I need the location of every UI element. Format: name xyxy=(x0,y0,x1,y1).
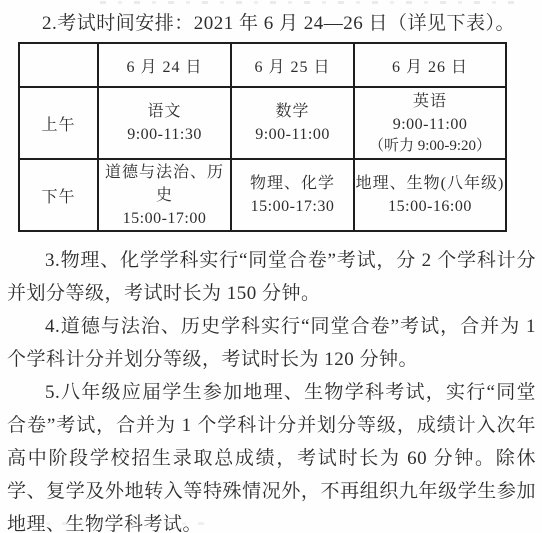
subject-time: 15:00-16:00 xyxy=(355,195,505,218)
note-paragraph-3: 3.物理、化学学科实行“同堂合卷”考试，分 2 个学科计分并划分等级，考试时长为… xyxy=(7,244,536,310)
col-header-jun-26: 6 月 26 日 xyxy=(354,43,506,87)
scan-artifact-top xyxy=(100,1,520,4)
subject-name: 英语 xyxy=(355,90,505,113)
table-header-row: 6 月 24 日 6 月 25 日 6 月 26 日 xyxy=(19,43,506,87)
subject-time: 9:00-11:00 xyxy=(232,123,353,146)
table-row-morning: 上午 语文 9:00-11:30 数学 9:00-11:00 英语 9:00-1… xyxy=(19,87,506,159)
row-label-afternoon: 下午 xyxy=(19,159,98,231)
note-paragraph-5: 5.八年级应届学生参加地理、生物学科考试，实行“同堂合卷”考试，合并为 1 个学… xyxy=(7,376,536,533)
subject-time: 15:00-17:30 xyxy=(232,195,353,218)
note-paragraph-4: 4.道德与法治、历史学科实行“同堂合卷”考试，合并为 1 个学科计分并划分等级，… xyxy=(7,310,536,376)
exam-schedule-table: 6 月 24 日 6 月 25 日 6 月 26 日 上午 语文 9:00-11… xyxy=(18,42,507,232)
document-page: 2.考试时间安排：2021 年 6 月 24—26 日（详见下表）。 6 月 2… xyxy=(0,0,542,533)
subject-time: 9:00-11:30 xyxy=(99,123,230,146)
subject-time: 9:00-11:00 xyxy=(355,113,505,136)
subject-time: 15:00-17:00 xyxy=(99,207,230,230)
cell-morning-jun-25: 数学 9:00-11:00 xyxy=(231,87,354,159)
notes-section: 3.物理、化学学科实行“同堂合卷”考试，分 2 个学科计分并划分等级，考试时长为… xyxy=(7,244,536,533)
cell-morning-jun-26: 英语 9:00-11:00 （听力 9:00-9:20） xyxy=(354,87,506,159)
subject-name: 道德与法治、历史 xyxy=(99,161,230,207)
table-corner-cell xyxy=(19,43,98,87)
subject-name: 语文 xyxy=(99,100,230,123)
section-heading: 2.考试时间安排：2021 年 6 月 24—26 日（详见下表）。 xyxy=(0,0,542,35)
scan-artifact-bottom xyxy=(28,522,208,525)
row-label-morning: 上午 xyxy=(19,87,98,159)
subject-name: 物理、化学 xyxy=(232,172,353,195)
col-header-jun-25: 6 月 25 日 xyxy=(231,43,354,87)
cell-afternoon-jun-26: 地理、生物(八年级) 15:00-16:00 xyxy=(354,159,506,231)
table-row-afternoon: 下午 道德与法治、历史 15:00-17:00 物理、化学 15:00-17:3… xyxy=(19,159,506,231)
cell-afternoon-jun-24: 道德与法治、历史 15:00-17:00 xyxy=(98,159,231,231)
subject-name: 数学 xyxy=(232,100,353,123)
cell-morning-jun-24: 语文 9:00-11:30 xyxy=(98,87,231,159)
col-header-jun-24: 6 月 24 日 xyxy=(98,43,231,87)
cell-afternoon-jun-25: 物理、化学 15:00-17:30 xyxy=(231,159,354,231)
subject-name: 地理、生物(八年级) xyxy=(355,172,505,195)
listening-note: （听力 9:00-9:20） xyxy=(355,136,505,157)
